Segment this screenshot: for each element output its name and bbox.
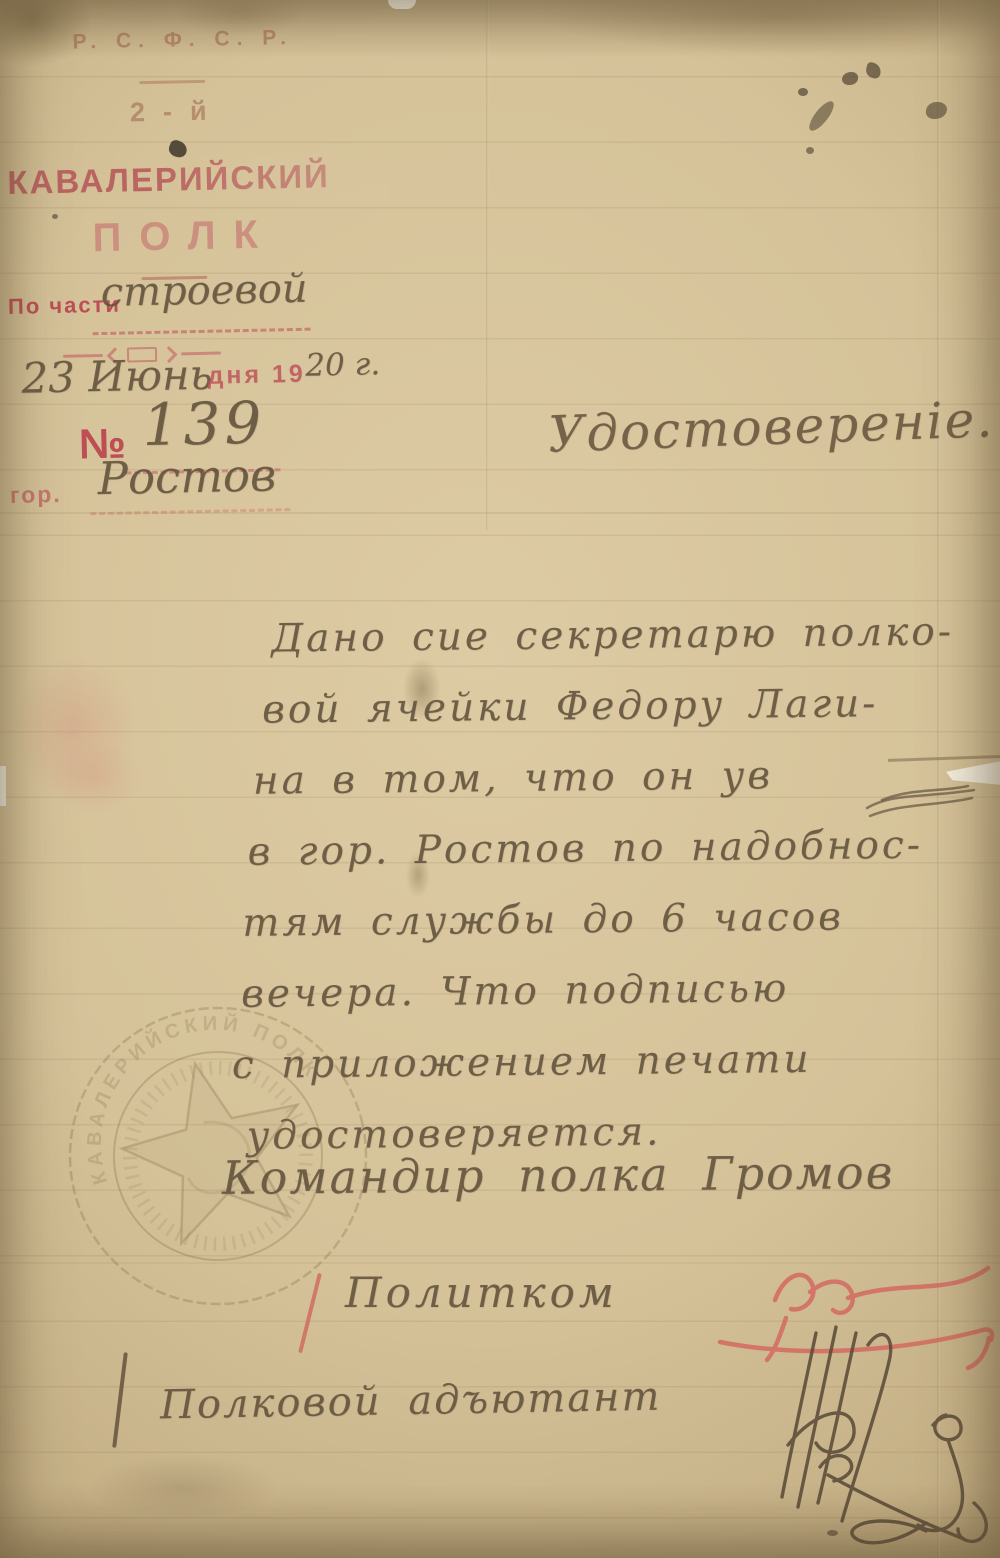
red-ink-smudge [48, 742, 143, 814]
regiment-number: 2-й [130, 95, 225, 128]
body-line: вечера. Что подписью [241, 951, 990, 1030]
ink-blot [805, 98, 837, 134]
ink-speck [806, 147, 814, 154]
blank-line [93, 328, 311, 336]
department-value: строевой [100, 266, 308, 316]
blank-line [90, 508, 290, 515]
regiment-name-fade [153, 152, 389, 205]
body-line: тям службы до 6 часов [242, 880, 989, 959]
commissar-label: Политком [345, 1268, 618, 1317]
stain [540, 0, 1000, 53]
adjutant-label: Полковой адъютант [160, 1374, 662, 1429]
adjutant-signature [768, 1325, 1000, 1558]
ink-blot [864, 61, 882, 79]
stain [88, 1455, 278, 1520]
city-value: Ростов [97, 448, 277, 505]
letterhead-republic: Р. С. Ф. С. Р. [72, 26, 293, 55]
document-title: Удостовереніе. [547, 390, 995, 464]
date-printed: дня 19 [207, 360, 306, 391]
black-slash-mark [112, 1352, 128, 1448]
red-ink-smudge [12, 655, 137, 800]
ink-blot [798, 88, 808, 96]
regiment-word: ПОЛК [92, 212, 276, 261]
date-year: 20 г. [305, 346, 381, 384]
letterhead: Р. С. Ф. С. Р. 2-й КАВАЛЕРИЙСКИЙ ПОЛК По… [0, 14, 390, 22]
fold-crease [486, 0, 489, 530]
ink-blot [842, 72, 858, 85]
body-line: вой ячейки Федору Лаги- [262, 667, 987, 746]
ink-speck [52, 214, 58, 219]
paper-tear [0, 766, 6, 806]
city-label: гор. [10, 481, 62, 509]
body-line: Дано сие секретарю полко- [271, 596, 986, 674]
document-photo: Р. С. Ф. С. Р. 2-й КАВАЛЕРИЙСКИЙ ПОЛК По… [0, 0, 1000, 1558]
ink-blot [926, 102, 947, 119]
scribble-strikeout [862, 778, 982, 826]
commander-signature-line: Командир полка Громов [222, 1145, 895, 1205]
paper-notch [388, 0, 416, 9]
letterhead-divider [139, 80, 205, 84]
